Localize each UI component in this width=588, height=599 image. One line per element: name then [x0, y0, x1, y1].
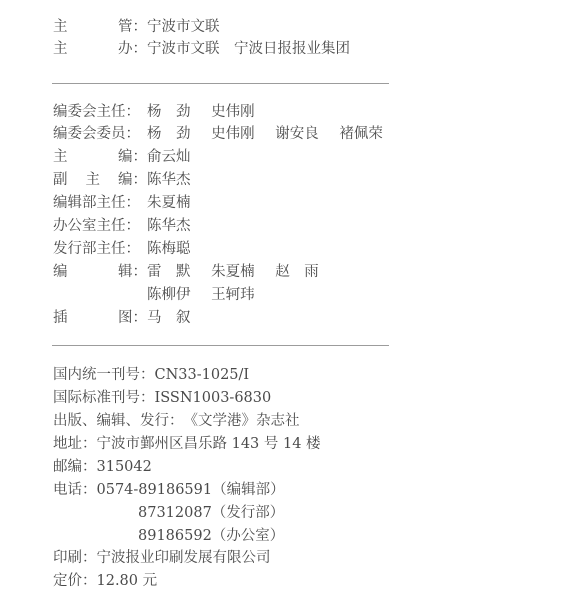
illustrator-row: 插 图： 马 叙: [53, 307, 191, 329]
person-name: 陈柳伊: [147, 284, 191, 306]
publisher-label: 出版、编辑、发行：: [53, 410, 184, 432]
postcode-label: 邮编：: [53, 456, 97, 478]
price-value: 12.80 元: [97, 570, 158, 592]
person-name: 朱夏楠: [211, 261, 255, 283]
label-char: 主: [53, 146, 68, 168]
divider-top: [52, 83, 389, 84]
address-value: 宁波市鄞州区昌乐路 143 号 14 楼: [97, 433, 321, 455]
distribution-director-name: 陈梅聪: [147, 238, 191, 260]
issn-value: ISSN1003-6830: [155, 387, 272, 409]
phone-row: 电话： 0574-89186591（编辑部）: [53, 479, 285, 501]
organizer-row: 主 办： 宁波市文联 宁波日报报业集团: [53, 38, 350, 60]
postcode-row: 邮编： 315042: [53, 456, 152, 478]
distribution-director-row: 发行部主任： 陈梅聪: [53, 238, 191, 260]
supervisor-row: 主 管： 宁波市文联: [53, 16, 220, 38]
phone-office: 89186592（办公室）: [138, 525, 284, 547]
committee-members-label: 编委会委员：: [53, 123, 147, 145]
person-name: 谢安良: [275, 123, 319, 145]
cn-number-row: 国内统一刊号： CN33-1025/I: [53, 364, 249, 386]
price-label: 定价：: [53, 570, 97, 592]
committee-director-row: 编委会主任： 杨 劲 史伟刚: [53, 101, 271, 123]
label-char: 插: [53, 307, 68, 329]
office-director-row: 办公室主任： 陈华杰: [53, 215, 191, 237]
label-char: 编: [53, 261, 68, 283]
editors-row-continued: 陈柳伊 王轲玮: [53, 284, 177, 306]
person-name: 杨 劲: [147, 101, 191, 123]
deputy-editor-name: 陈华杰: [147, 169, 191, 191]
cn-number-value: CN33-1025/I: [155, 364, 250, 386]
editorial-director-row: 编辑部主任： 朱夏楠: [53, 192, 191, 214]
address-label: 地址：: [53, 433, 97, 455]
label-char: 副: [53, 169, 68, 191]
person-name: 王轲玮: [211, 284, 255, 306]
deputy-editor-label: 副 主 编：: [53, 169, 147, 191]
label-char: 辑：: [118, 261, 147, 283]
printer-label: 印刷：: [53, 547, 97, 569]
editorial-director-name: 朱夏楠: [147, 192, 191, 214]
label-char: 编：: [118, 146, 147, 168]
committee-members-names: 杨 劲 史伟刚 谢安良 褚佩荣: [147, 123, 399, 145]
editors-label: 编 辑：: [53, 261, 147, 283]
printer-value: 宁波报业印刷发展有限公司: [97, 547, 271, 569]
divider-bottom: [52, 345, 389, 346]
address-row: 地址： 宁波市鄞州区昌乐路 143 号 14 楼: [53, 433, 321, 455]
masthead-page: 主 管： 宁波市文联 主 办： 宁波市文联 宁波日报报业集团 编委会主任： 杨 …: [0, 0, 588, 599]
person-name: 史伟刚: [211, 123, 255, 145]
illustrator-name: 马 叙: [147, 307, 191, 329]
person-name: 褚佩荣: [339, 123, 383, 145]
editorial-director-label: 编辑部主任：: [53, 192, 147, 214]
office-director-name: 陈华杰: [147, 215, 191, 237]
label-char: 办：: [118, 38, 147, 60]
phone-editorial: 0574-89186591（编辑部）: [97, 479, 285, 501]
illustrator-label: 插 图：: [53, 307, 147, 329]
person-name: 史伟刚: [211, 101, 255, 123]
label-char: 编：: [118, 169, 147, 191]
editor-in-chief-label: 主 编：: [53, 146, 147, 168]
person-name: 雷 默: [147, 261, 191, 283]
postcode-value: 315042: [97, 456, 152, 478]
supervisor-value: 宁波市文联: [147, 16, 220, 38]
phone-distribution: 87312087（发行部）: [138, 502, 284, 524]
distribution-director-label: 发行部主任：: [53, 238, 147, 260]
editor-in-chief-name: 俞云灿: [147, 146, 191, 168]
committee-director-label: 编委会主任：: [53, 101, 147, 123]
supervisor-label: 主 管：: [53, 16, 147, 38]
phone-label: 电话：: [53, 479, 97, 501]
committee-director-names: 杨 劲 史伟刚: [147, 101, 271, 123]
person-name: 赵 雨: [275, 261, 319, 283]
committee-members-row: 编委会委员： 杨 劲 史伟刚 谢安良 褚佩荣: [53, 123, 399, 145]
organizer-value: 宁波市文联 宁波日报报业集团: [147, 38, 350, 60]
label-char: 管：: [118, 16, 147, 38]
editors-row: 编 辑： 雷 默 朱夏楠 赵 雨: [53, 261, 335, 283]
organizer-label: 主 办：: [53, 38, 147, 60]
phone-row-office: 89186592（办公室）: [138, 525, 284, 547]
issn-label: 国际标准刊号：: [53, 387, 155, 409]
editors-names-continued: 陈柳伊 王轲玮: [147, 284, 271, 306]
issn-row: 国际标准刊号： ISSN1003-6830: [53, 387, 271, 409]
publisher-value: 《文学港》杂志社: [184, 410, 300, 432]
deputy-editor-row: 副 主 编： 陈华杰: [53, 169, 191, 191]
label-char: 主: [53, 16, 68, 38]
label-char: 图：: [118, 307, 147, 329]
office-director-label: 办公室主任：: [53, 215, 147, 237]
price-row: 定价： 12.80 元: [53, 570, 157, 592]
label-char: 主: [86, 169, 101, 191]
person-name: 杨 劲: [147, 123, 191, 145]
phone-row-distribution: 87312087（发行部）: [138, 502, 284, 524]
editor-in-chief-row: 主 编： 俞云灿: [53, 146, 191, 168]
publisher-row: 出版、编辑、发行： 《文学港》杂志社: [53, 410, 300, 432]
cn-number-label: 国内统一刊号：: [53, 364, 155, 386]
editors-names: 雷 默 朱夏楠 赵 雨: [147, 261, 335, 283]
label-char: 主: [53, 38, 68, 60]
printer-row: 印刷： 宁波报业印刷发展有限公司: [53, 547, 271, 569]
